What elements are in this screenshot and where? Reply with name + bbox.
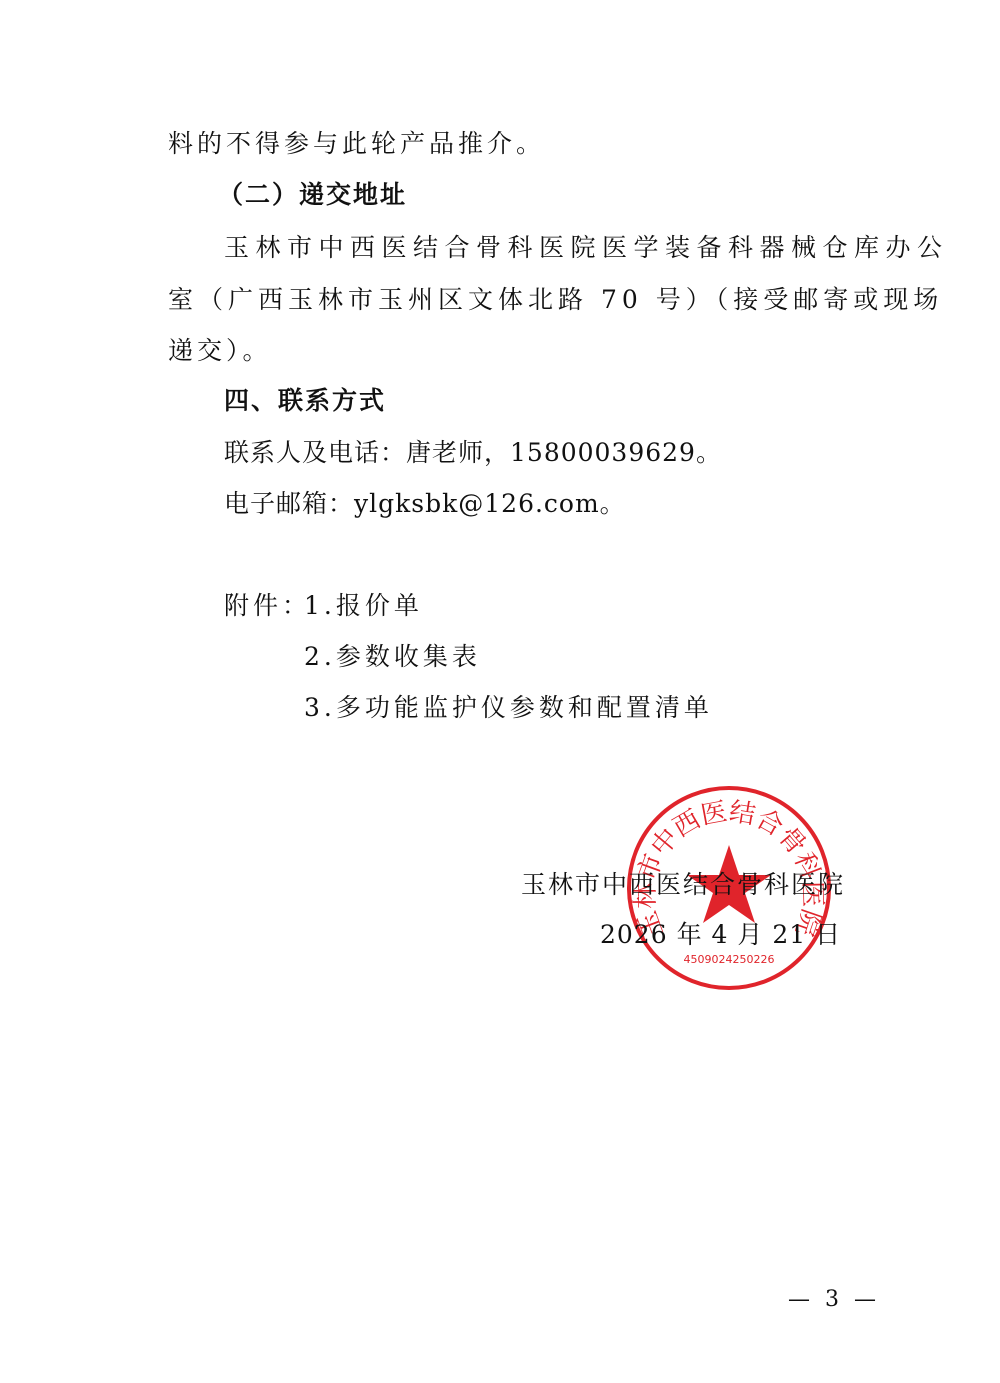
- page-number: — 3 —: [788, 1287, 880, 1312]
- svg-text:4509024250226: 4509024250226: [684, 953, 775, 966]
- paragraph-continuation: 料的不得参与此轮产品推介。: [168, 124, 545, 160]
- address-line-1: 玉林市中西医结合骨科医院医学装备科器械仓库办公: [224, 228, 949, 264]
- attachments-label: 附件：: [224, 586, 311, 622]
- section-title-contact: 四、联系方式: [224, 381, 386, 417]
- section-title-address: （二）递交地址: [218, 175, 407, 211]
- signature-organization: 玉林市中西医结合骨科医院: [521, 865, 845, 901]
- contact-person-phone: 联系人及电话：唐老师，15800039629。: [224, 433, 722, 469]
- signature-date: 2026 年 4 月 21 日: [600, 915, 841, 951]
- attachment-item: 3.多功能监护仪参数和配置清单: [304, 688, 713, 724]
- address-line-2: 室（广西玉林市玉州区文体北路 70 号）（接受邮寄或现场: [168, 280, 943, 316]
- attachment-item: 2.参数收集表: [304, 637, 481, 673]
- attachment-item: 1.报价单: [304, 586, 423, 622]
- address-line-3: 递交）。: [168, 331, 272, 367]
- contact-email: 电子邮箱：ylgksbk@126.com。: [224, 484, 626, 520]
